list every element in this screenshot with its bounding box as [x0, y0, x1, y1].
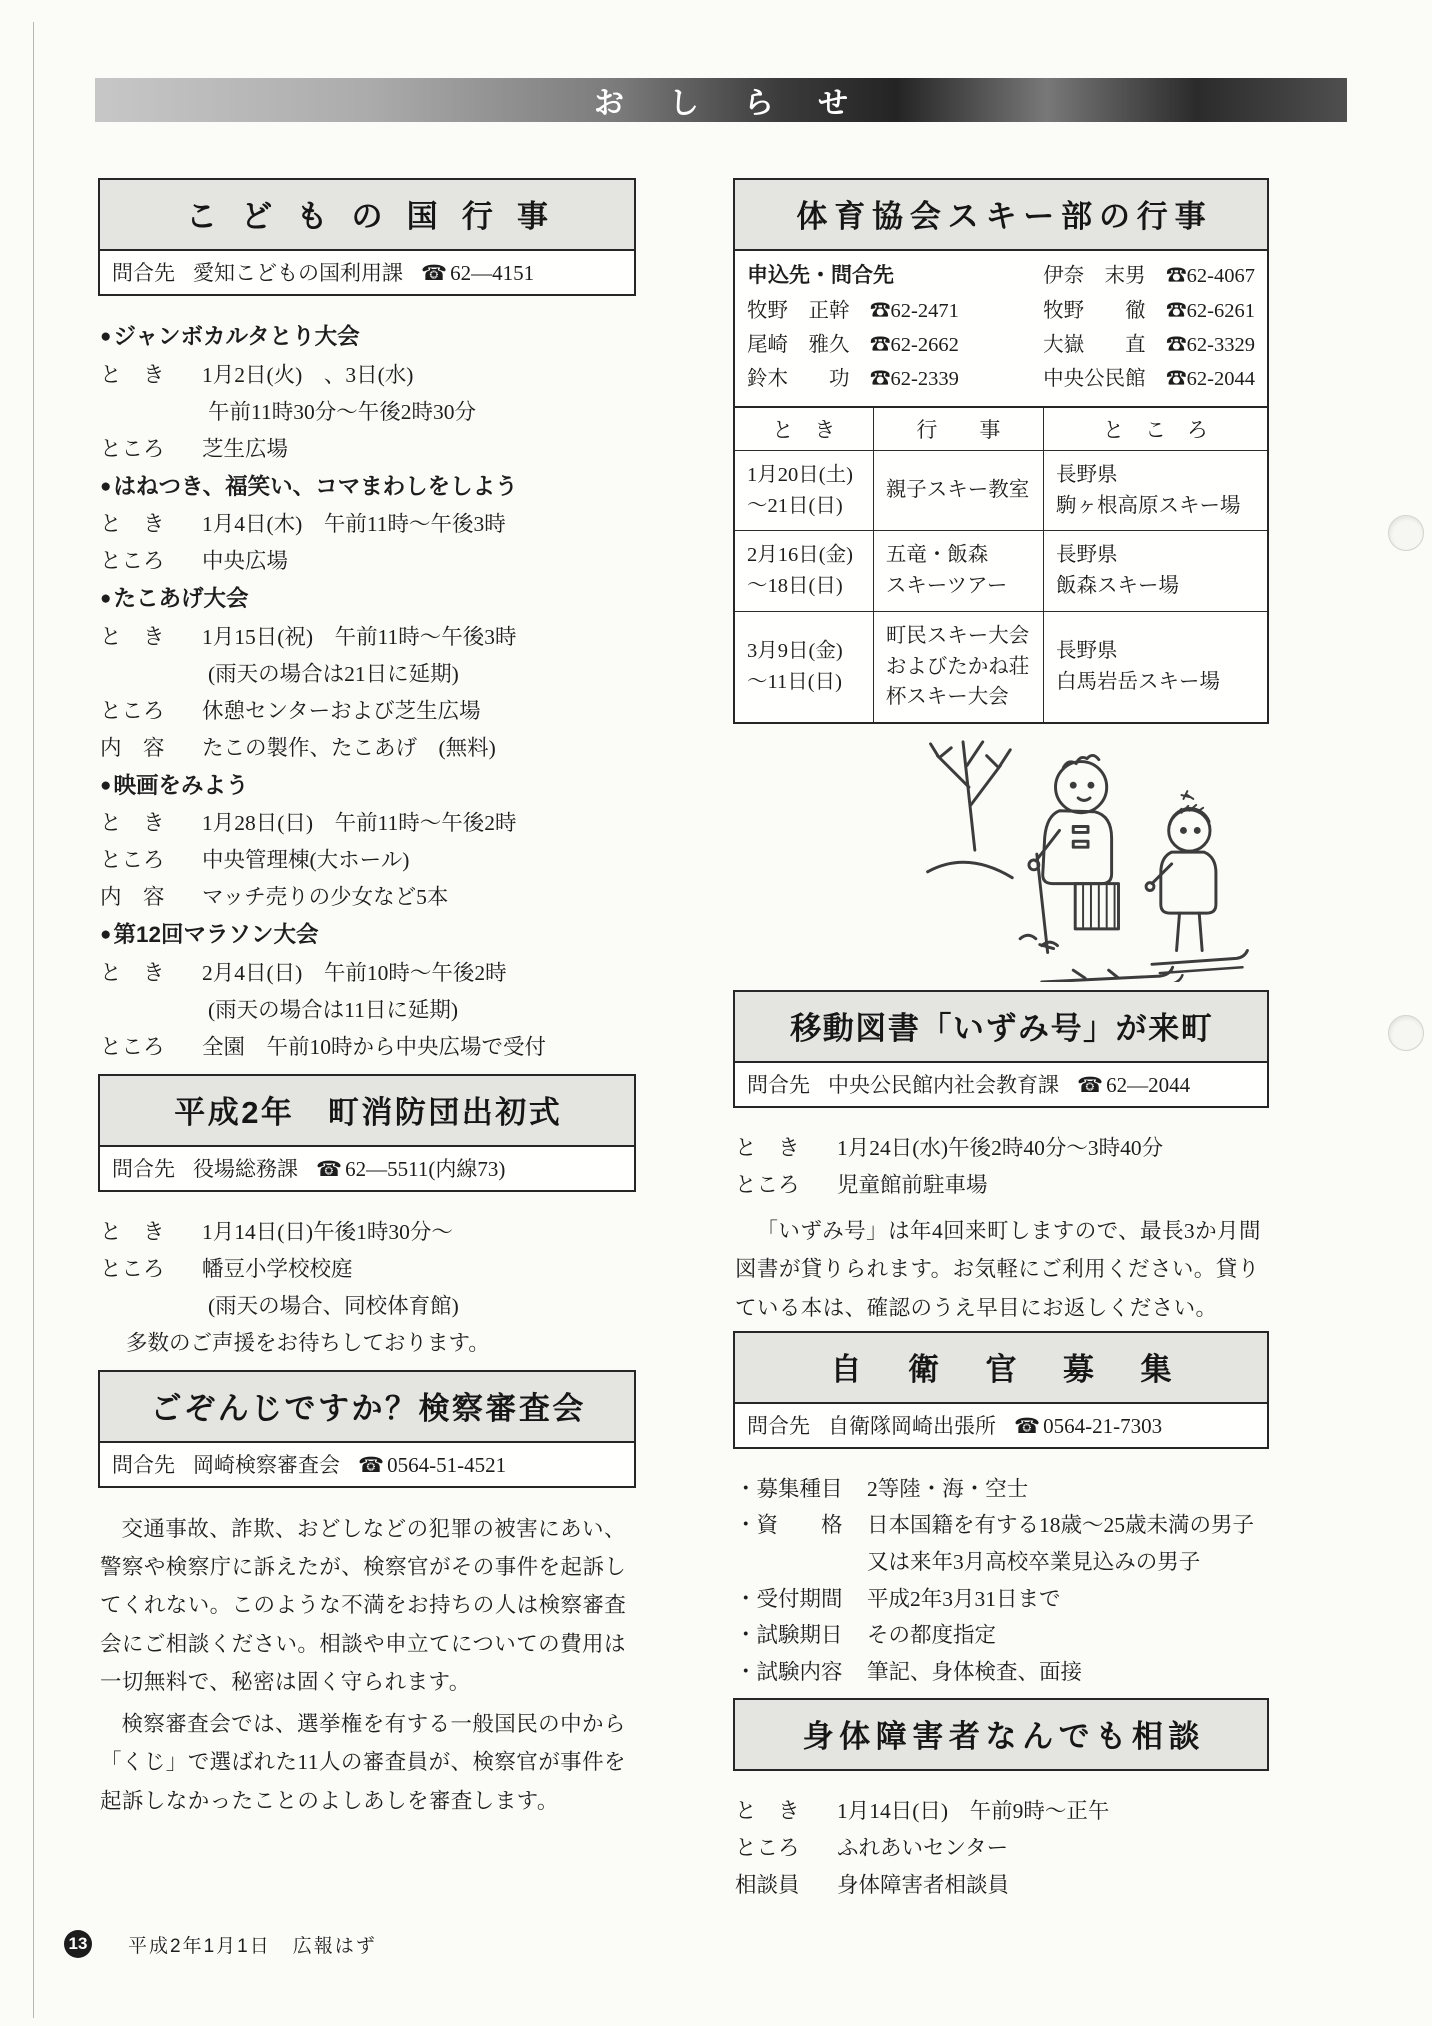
event-row: ところ中央管理棟(大ホール) [100, 842, 634, 879]
taiiku-contact-list: 申込先・問合先伊奈 末男 ☎62-4067牧野 正幹 ☎62-2471牧野 徹 … [735, 251, 1267, 406]
contact-phone: ☎0564-51-4521 [358, 1453, 506, 1478]
cell-date: 1月20日(土) 〜21日(日) [735, 450, 873, 531]
item-value: 日本国籍を有する18歳〜25歳未満の男子又は来年3月高校卒業見込みの男子 [867, 1507, 1267, 1580]
field-label: ところ [100, 1029, 202, 1066]
event-row: と き1月2日(火) 、3日(水) [100, 357, 634, 394]
field-label: と き [100, 1214, 202, 1251]
field-value: 1月14日(日)午後1時30分〜 [202, 1220, 453, 1244]
cell-event: 五竜・飯森 スキーツアー [873, 531, 1043, 612]
izumi-body: 「いずみ号」は年4回来町しますので、最長3か月間図書が貸りられます。お気軽にご利… [733, 1212, 1269, 1327]
ski-schedule-table: と き 行 事 と こ ろ 1月20日(土) 〜21日(日) 親子スキー教室 長… [735, 406, 1267, 722]
event-row: 午前11時30分〜午後2時30分 [100, 394, 634, 431]
item-label: ・試験内容 [735, 1654, 867, 1691]
event-row: ●はねつき、福笑い、コマまわしをしよう [100, 468, 634, 507]
section-izumi: 移動図書「いずみ号」が来町 問合先 中央公民館内社会教育課 ☎62—2044 [733, 990, 1269, 1108]
contact-left: 鈴木 功 ☎62-2339 [747, 362, 959, 396]
field-label: ところ [735, 1830, 837, 1867]
col-header-event: 行 事 [873, 407, 1043, 451]
contact-right: 牧野 徹 ☎62-6261 [1043, 294, 1255, 328]
contact-phone: ☎0564-21-7303 [1014, 1414, 1162, 1439]
contact-left: 牧野 正幹 ☎62-2471 [747, 294, 959, 328]
cell-place: 長野県 白馬岩岳スキー場 [1044, 611, 1267, 722]
event-row: と き1月15日(祝) 午前11時〜午後3時 [100, 619, 634, 656]
phone-number: 0564-51-4521 [387, 1453, 506, 1477]
ski-children-illustration [923, 736, 1253, 982]
table-row: 2月16日(金) 〜18日(日) 五竜・飯森 スキーツアー 長野県 飯森スキー場 [735, 531, 1267, 612]
event-row: ●映画をみよう [100, 767, 634, 806]
kensatsu-paragraph-2: 検察審査会では、選挙権を有する一般国民の中から「くじ」で選ばれた11人の審査員が… [100, 1705, 634, 1820]
table-row: 3月9日(金) 〜11日(日) 町民スキー大会 およびたかね荘 杯スキー大会 長… [735, 611, 1267, 722]
phone-number: 62—5511(内線73) [345, 1157, 505, 1181]
detail-row: と き1月14日(日) 午前9時〜正午 [735, 1793, 1267, 1830]
phone-number: 62—4151 [450, 261, 534, 285]
field-label: と き [100, 619, 202, 656]
field-value: 児童館前駐車場 [837, 1173, 988, 1197]
field-label: と き [100, 357, 202, 394]
notice-banner: おしらせ [95, 78, 1347, 122]
footer-date: 平成2年1月1日 [128, 1931, 271, 1958]
item-label: ・資 格 [735, 1507, 867, 1580]
event-title: 映画をみよう [113, 773, 248, 798]
field-label: と き [735, 1130, 837, 1167]
jieikan-item-list: ・募集種目2等陸・海・空士・資 格日本国籍を有する18歳〜25歳未満の男子又は来… [733, 1461, 1269, 1698]
contact-org: 役場総務課 [193, 1153, 298, 1183]
contact-right: 中央公民館 ☎62-2044 [1043, 362, 1255, 396]
detail-row: と き1月24日(水)午後2時40分〜3時40分 [735, 1130, 1267, 1167]
contact-left: 申込先・問合先 [747, 259, 894, 294]
section-kodomo-header: こどもの国行事 問合先 愛知こどもの国利用課 ☎62—4151 [98, 178, 636, 296]
detail-row: ところ幡豆小学校校庭 [100, 1251, 634, 1288]
phone-icon: ☎ [316, 1157, 342, 1181]
field-label: 相談員 [735, 1867, 837, 1904]
bullet-icon: ● [100, 326, 111, 347]
event-row: と き1月28日(日) 午前11時〜午後2時 [100, 805, 634, 842]
cell-event: 親子スキー教室 [873, 450, 1043, 531]
detail-row: ところ児童館前駐車場 [735, 1167, 1267, 1204]
col-header-place: と こ ろ [1044, 407, 1267, 451]
kodomo-event-list: ●ジャンボカルタとり大会と き1月2日(火) 、3日(水)午前11時30分〜午後… [98, 308, 636, 1074]
footer-publication-name: 広報はず [293, 1931, 377, 1958]
kensatsu-body: 交通事故、詐欺、おどしなどの犯罪の被害にあい、警察や検察庁に訴えたが、検察官がそ… [98, 1500, 636, 1820]
phone-icon: ☎ [1077, 1073, 1103, 1097]
section-kensatsu-header: ごぞんじですか？検察審査会 問合先 岡崎検察審査会 ☎0564-51-4521 [98, 1370, 636, 1488]
item-value: その都度指定 [867, 1617, 1267, 1654]
field-value: マッチ売りの少女など5本 [202, 885, 448, 909]
left-column: こどもの国行事 問合先 愛知こどもの国利用課 ☎62—4151 ●ジャンボカルタ… [98, 178, 636, 1824]
punch-hole-top [1388, 515, 1424, 551]
phone-icon: ☎ [1014, 1414, 1040, 1438]
detail-row: (雨天の場合、同校体育館) [100, 1288, 634, 1325]
event-row: ところ中央広場 [100, 543, 634, 580]
field-value: 幡豆小学校校庭 [202, 1257, 353, 1281]
event-row: ●たこあげ大会 [100, 580, 634, 619]
event-row: ところ全園 午前10時から中央広場で受付 [100, 1029, 634, 1066]
contact-right: 大嶽 直 ☎62-3329 [1043, 328, 1255, 362]
item-label: ・募集種目 [735, 1471, 867, 1508]
field-label: ところ [100, 1251, 202, 1288]
phone-icon: ☎ [358, 1453, 384, 1477]
bullet-icon: ● [100, 588, 111, 609]
section-jieikan-title: 自衛官募集 [735, 1333, 1267, 1404]
contact-row: 鈴木 功 ☎62-2339中央公民館 ☎62-2044 [747, 362, 1255, 396]
event-row: ●第12回マラソン大会 [100, 916, 634, 955]
section-kensatsu-contact: 問合先 岡崎検察審査会 ☎0564-51-4521 [100, 1443, 634, 1486]
page-number-badge: 13 [64, 1930, 92, 1958]
izumi-detail-list: と き1月24日(水)午後2時40分〜3時40分ところ児童館前駐車場 [733, 1120, 1269, 1212]
field-value: 休憩センターおよび芝生広場 [202, 699, 481, 723]
item-label: ・試験期日 [735, 1617, 867, 1654]
cell-event: 町民スキー大会 およびたかね荘 杯スキー大会 [873, 611, 1043, 722]
field-label: と き [100, 805, 202, 842]
contact-org: 中央公民館内社会教育課 [828, 1069, 1059, 1099]
field-value: 1月2日(火) 、3日(水) [202, 363, 413, 387]
field-label: と き [100, 955, 202, 992]
recruit-item: ・受付期間平成2年3月31日まで [735, 1581, 1267, 1618]
table-row: 1月20日(土) 〜21日(日) 親子スキー教室 長野県 駒ヶ根高原スキー場 [735, 450, 1267, 531]
contact-right: 伊奈 末男 ☎62-4067 [1043, 259, 1255, 294]
field-label: ところ [100, 431, 202, 468]
field-value: 2月4日(日) 午前10時〜午後2時 [202, 961, 507, 985]
detail-row: 多数のご声援をお待ちしております。 [100, 1325, 634, 1362]
phone-number: 62—2044 [1106, 1073, 1190, 1097]
binding-margin-line [33, 22, 34, 2018]
recruit-item: ・試験期日その都度指定 [735, 1617, 1267, 1654]
field-value: ふれあいセンター [837, 1836, 1008, 1860]
event-row: ところ休憩センターおよび芝生広場 [100, 693, 634, 730]
field-value: 1月14日(日) 午前9時〜正午 [837, 1799, 1109, 1823]
section-jieikan: 自衛官募集 問合先 自衛隊岡崎出張所 ☎0564-21-7303 [733, 1331, 1269, 1449]
section-taiiku-title: 体育協会スキー部の行事 [735, 180, 1267, 251]
event-row: 内 容マッチ売りの少女など5本 [100, 879, 634, 916]
field-value: 多数のご声援をお待ちしております。 [126, 1331, 490, 1355]
field-value: 1月28日(日) 午前11時〜午後2時 [202, 811, 517, 835]
contact-row: 申込先・問合先伊奈 末男 ☎62-4067 [747, 259, 1255, 294]
field-value: (雨天の場合、同校体育館) [208, 1294, 459, 1318]
event-row: ところ芝生広場 [100, 431, 634, 468]
event-row: (雨天の場合は21日に延期) [100, 656, 634, 693]
punch-hole-bottom [1388, 1015, 1424, 1051]
section-izumi-contact: 問合先 中央公民館内社会教育課 ☎62—2044 [735, 1063, 1267, 1106]
item-value: 2等陸・海・空士 [867, 1471, 1267, 1508]
ski-table-body: 1月20日(土) 〜21日(日) 親子スキー教室 長野県 駒ヶ根高原スキー場 2… [735, 450, 1267, 722]
section-shobo-header: 平成2年 町消防団出初式 問合先 役場総務課 ☎62—5511(内線73) [98, 1074, 636, 1192]
section-shobo-contact: 問合先 役場総務課 ☎62—5511(内線73) [100, 1147, 634, 1190]
field-value: 芝生広場 [202, 437, 288, 461]
phone-number: 0564-21-7303 [1043, 1414, 1162, 1438]
detail-row: ところふれあいセンター [735, 1830, 1267, 1867]
field-label: ところ [735, 1167, 837, 1204]
contact-org: 自衛隊岡崎出張所 [828, 1410, 996, 1440]
section-shintai-title: 身体障害者なんでも相談 [735, 1700, 1267, 1769]
newsletter-page: おしらせ こどもの国行事 問合先 愛知こどもの国利用課 ☎62—4151 ●ジャ… [0, 0, 1432, 2026]
event-row: 内 容たこの製作、たこあげ (無料) [100, 730, 634, 767]
right-column: 体育協会スキー部の行事 申込先・問合先伊奈 末男 ☎62-4067牧野 正幹 ☎… [733, 178, 1269, 1912]
bullet-icon: ● [100, 775, 111, 796]
section-taiiku: 体育協会スキー部の行事 申込先・問合先伊奈 末男 ☎62-4067牧野 正幹 ☎… [733, 178, 1269, 724]
shintai-detail-list: と き1月14日(日) 午前9時〜正午ところふれあいセンター相談員身体障害者相談… [733, 1783, 1269, 1912]
item-label: ・受付期間 [735, 1581, 867, 1618]
bullet-icon: ● [100, 924, 111, 945]
field-value: 全園 午前10時から中央広場で受付 [202, 1035, 546, 1059]
izumi-paragraph: 「いずみ号」は年4回来町しますので、最長3か月間図書が貸りられます。お気軽にご利… [735, 1212, 1267, 1327]
field-label: と き [735, 1793, 837, 1830]
event-row: と き2月4日(日) 午前10時〜午後2時 [100, 955, 634, 992]
field-value: たこの製作、たこあげ (無料) [202, 736, 496, 760]
contact-label: 問合先 [747, 1410, 810, 1440]
field-value: 午前11時30分〜午後2時30分 [208, 400, 476, 424]
field-label: ところ [100, 543, 202, 580]
recruit-item: ・募集種目2等陸・海・空士 [735, 1471, 1267, 1508]
field-value: 1月4日(木) 午前11時〜午後3時 [202, 512, 506, 536]
field-value: 中央管理棟(大ホール) [202, 848, 409, 872]
page-footer: 13 平成2年1月1日 広報はず [64, 1930, 377, 1958]
contact-phone: ☎62—4151 [421, 261, 534, 286]
section-kodomo-contact: 問合先 愛知こどもの国利用課 ☎62—4151 [100, 251, 634, 294]
col-header-date: と き [735, 407, 873, 451]
field-label: 内 容 [100, 879, 202, 916]
detail-row: 相談員身体障害者相談員 [735, 1867, 1267, 1904]
event-title: ジャンボカルタとり大会 [113, 324, 359, 349]
table-header-row: と き 行 事 と こ ろ [735, 407, 1267, 451]
field-label: ところ [100, 842, 202, 879]
event-row: ●ジャンボカルタとり大会 [100, 318, 634, 357]
contact-label: 問合先 [112, 1153, 175, 1183]
section-kodomo-title: こどもの国行事 [100, 180, 634, 251]
bullet-icon: ● [100, 476, 111, 497]
field-label: ところ [100, 693, 202, 730]
event-row: (雨天の場合は11日に延期) [100, 992, 634, 1029]
event-row: と き1月4日(木) 午前11時〜午後3時 [100, 506, 634, 543]
field-value: (雨天の場合は11日に延期) [208, 998, 458, 1022]
field-value: 身体障害者相談員 [837, 1873, 1009, 1897]
banner-title: おしらせ [549, 78, 893, 122]
cell-date: 2月16日(金) 〜18日(日) [735, 531, 873, 612]
contact-label: 問合先 [112, 1449, 175, 1479]
contact-phone: ☎62—5511(内線73) [316, 1153, 505, 1183]
cell-place: 長野県 飯森スキー場 [1044, 531, 1267, 612]
contact-label: 問合先 [112, 257, 175, 287]
field-value: 1月24日(水)午後2時40分〜3時40分 [837, 1136, 1163, 1160]
field-value: 中央広場 [202, 549, 288, 573]
contact-org: 愛知こどもの国利用課 [193, 257, 403, 287]
event-title: たこあげ大会 [113, 586, 248, 611]
item-value: 筆記、身体検査、面接 [867, 1654, 1267, 1691]
contact-phone: ☎62—2044 [1077, 1073, 1190, 1098]
item-value: 平成2年3月31日まで [867, 1581, 1267, 1618]
contact-left: 尾崎 雅久 ☎62-2662 [747, 328, 959, 362]
contact-org: 岡崎検察審査会 [193, 1449, 340, 1479]
field-value: 1月15日(祝) 午前11時〜午後3時 [202, 625, 517, 649]
field-value: (雨天の場合は21日に延期) [208, 662, 459, 686]
contact-row: 尾崎 雅久 ☎62-2662大嶽 直 ☎62-3329 [747, 328, 1255, 362]
shobo-detail-list: と き1月14日(日)午後1時30分〜ところ幡豆小学校校庭(雨天の場合、同校体育… [98, 1204, 636, 1370]
section-izumi-title: 移動図書「いずみ号」が来町 [735, 992, 1267, 1063]
section-shintai: 身体障害者なんでも相談 [733, 1698, 1269, 1771]
recruit-item: ・試験内容筆記、身体検査、面接 [735, 1654, 1267, 1691]
recruit-item: ・資 格日本国籍を有する18歳〜25歳未満の男子又は来年3月高校卒業見込みの男子 [735, 1507, 1267, 1580]
event-title: 第12回マラソン大会 [113, 922, 318, 947]
contact-label: 問合先 [747, 1069, 810, 1099]
field-label: 内 容 [100, 730, 202, 767]
section-jieikan-contact: 問合先 自衛隊岡崎出張所 ☎0564-21-7303 [735, 1404, 1267, 1447]
cell-place: 長野県 駒ヶ根高原スキー場 [1044, 450, 1267, 531]
detail-row: と き1月14日(日)午後1時30分〜 [100, 1214, 634, 1251]
section-shobo-title: 平成2年 町消防団出初式 [100, 1076, 634, 1147]
cell-date: 3月9日(金) 〜11日(日) [735, 611, 873, 722]
contact-row: 牧野 正幹 ☎62-2471牧野 徹 ☎62-6261 [747, 294, 1255, 328]
field-label: と き [100, 506, 202, 543]
section-kensatsu-title: ごぞんじですか？検察審査会 [100, 1372, 634, 1443]
phone-icon: ☎ [421, 261, 447, 285]
kensatsu-paragraph-1: 交通事故、詐欺、おどしなどの犯罪の被害にあい、警察や検察庁に訴えたが、検察官がそ… [100, 1510, 634, 1701]
event-title: はねつき、福笑い、コマまわしをしよう [113, 474, 517, 499]
